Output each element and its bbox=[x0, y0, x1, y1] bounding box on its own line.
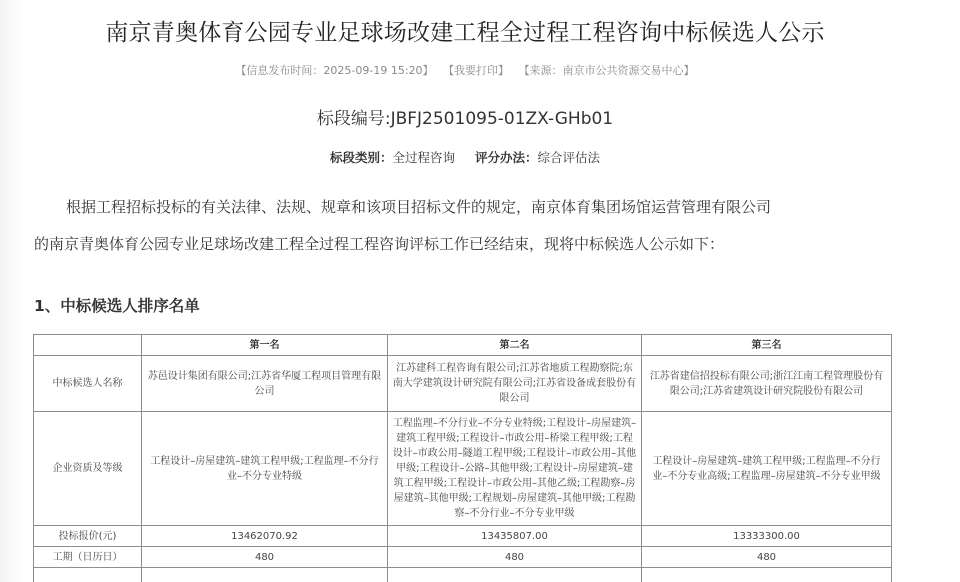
table-cell: 480 bbox=[388, 547, 642, 568]
table-cell: 工程设计–房屋建筑–建筑工程甲级;工程监理–不分行业–不分专业特级 bbox=[142, 412, 388, 526]
table-cell: 江苏省建信招投标有限公司;浙江江南工程管理股份有限公司;江苏省建筑设计研究院股份… bbox=[642, 356, 892, 412]
candidate-table: 第一名 第二名 第三名 中标候选人名称 苏邑设计集团有限公司;江苏省华厦工程项目… bbox=[33, 334, 892, 582]
method-value: 综合评估法 bbox=[538, 150, 601, 165]
table-row-qualification: 企业资质及等级 工程设计–房屋建筑–建筑工程甲级;工程监理–不分行业–不分专业特… bbox=[34, 412, 892, 526]
row-label: 工期（日历日） bbox=[34, 547, 142, 568]
table-cell: 13462070.92 bbox=[142, 526, 388, 547]
intro-paragraph: 根据工程招标投标的有关法律、法规、规章和该项目招标文件的规定，南京体育集团场馆运… bbox=[34, 189, 894, 263]
table-cell: 工程设计–房屋建筑–建筑工程甲级;工程监理–不分行业–不分专业高级;工程监理–房… bbox=[642, 412, 892, 526]
table-cell: 13333300.00 bbox=[642, 526, 892, 547]
table-header-rank-1: 第一名 bbox=[142, 335, 388, 356]
table-header-rank-3: 第三名 bbox=[642, 335, 892, 356]
row-label: 投标报价(元) bbox=[34, 526, 142, 547]
table-cell: 工程监理–不分行业–不分专业特级;工程设计–房屋建筑–建筑工程甲级;工程设计–市… bbox=[388, 412, 642, 526]
method-label: 评分办法： bbox=[475, 150, 538, 165]
row-label: 企业资质及等级 bbox=[34, 412, 142, 526]
intro-line-1: 根据工程招标投标的有关法律、法规、规章和该项目招标文件的规定，南京体育集团场馆运… bbox=[66, 198, 771, 216]
table-cell: 江苏建科工程咨询有限公司;江苏省地质工程勘察院;东南大学建筑设计研究院有限公司;… bbox=[388, 356, 642, 412]
table-row-bid-price: 投标报价(元) 13462070.92 13435807.00 13333300… bbox=[34, 526, 892, 547]
table-row-candidate-name: 中标候选人名称 苏邑设计集团有限公司;江苏省华厦工程项目管理有限公司 江苏建科工… bbox=[34, 356, 892, 412]
table-cell: 480 bbox=[142, 547, 388, 568]
lot-number: 标段编号:JBFJ2501095-01ZX-GHb01 bbox=[0, 104, 930, 129]
table-cell bbox=[642, 568, 892, 582]
print-link[interactable]: 【我要打印】 bbox=[443, 64, 509, 77]
page-title: 南京青奥体育公园专业足球场改建工程全过程工程咨询中标候选人公示 bbox=[0, 14, 930, 47]
intro-line-2: 的南京青奥体育公园专业足球场改建工程全过程工程咨询评标工作已经结束，现将中标候选… bbox=[34, 235, 724, 253]
row-label: 中标候选人名称 bbox=[34, 356, 142, 412]
category-value: 全过程咨询 bbox=[392, 150, 455, 165]
table-cell: 480 bbox=[642, 547, 892, 568]
table-row-cutoff bbox=[34, 568, 892, 582]
table-header-row: 第一名 第二名 第三名 bbox=[34, 335, 892, 356]
table-cell bbox=[142, 568, 388, 582]
table-cell bbox=[388, 568, 642, 582]
publish-time: 【信息发布时间：2025-09-19 15:20】 bbox=[235, 64, 433, 77]
section-title: 1、中标候选人排序名单 bbox=[34, 294, 200, 316]
row-label bbox=[34, 568, 142, 582]
table-cell: 13435807.00 bbox=[388, 526, 642, 547]
table-row-duration: 工期（日历日） 480 480 480 bbox=[34, 547, 892, 568]
source-label: 【来源：南京市公共资源交易中心】 bbox=[519, 64, 695, 77]
article-meta: 【信息发布时间：2025-09-19 15:20】 【我要打印】 【来源：南京市… bbox=[0, 62, 930, 78]
table-header-rank-2: 第二名 bbox=[388, 335, 642, 356]
category-label: 标段类别： bbox=[330, 150, 393, 165]
lot-category-info: 标段类别：全过程咨询评分办法：综合评估法 bbox=[0, 148, 930, 166]
table-cell: 苏邑设计集团有限公司;江苏省华厦工程项目管理有限公司 bbox=[142, 356, 388, 412]
page-edge-shadow bbox=[0, 0, 22, 582]
table-header-corner bbox=[34, 335, 142, 356]
